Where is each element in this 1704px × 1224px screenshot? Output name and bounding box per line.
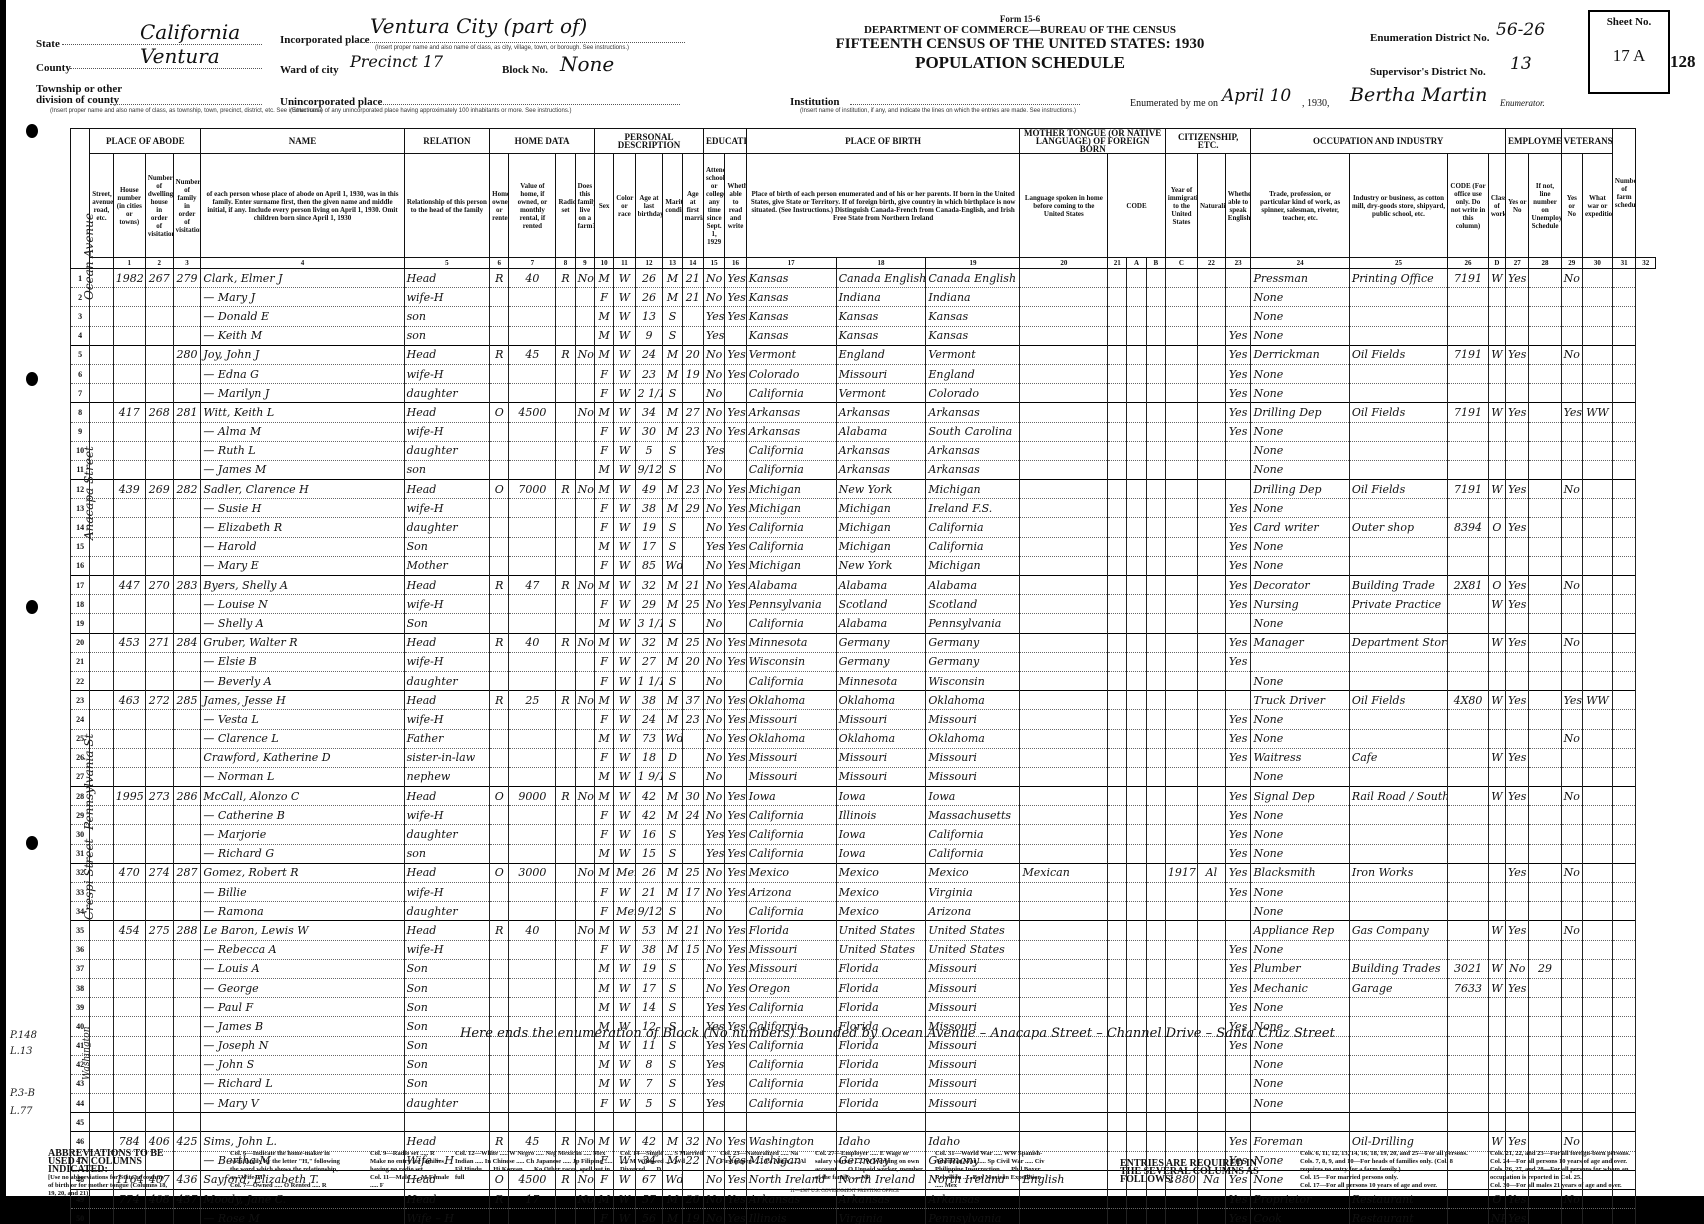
cell-vet: No [1561, 269, 1582, 288]
cell--b [1127, 691, 1146, 710]
cell-house [113, 978, 145, 997]
cell-family: 437 [173, 1190, 201, 1209]
cell-english: Yes [1225, 499, 1251, 518]
cell--b [1127, 940, 1146, 959]
cell-value [509, 1209, 556, 1224]
cell-value [509, 537, 556, 556]
street-label-ocean-avenue: Ocean Avenue [82, 213, 96, 300]
cell-occupation: Drilling Dep [1251, 403, 1349, 422]
table-row: 11— James MsonMW9/12SNoCaliforniaArkansa… [71, 460, 1656, 479]
cell-dwelling [145, 671, 173, 690]
form-number: Form 15-6 [820, 14, 1220, 24]
cell-age: 21 [635, 883, 663, 902]
cell--a [1108, 460, 1127, 479]
cell-cls [1488, 652, 1505, 671]
cell-english [1225, 288, 1251, 307]
cell-father-birth: Arkansas [836, 460, 926, 479]
cell-farm: No [575, 480, 594, 499]
cell-dwelling [145, 1055, 173, 1074]
cell-marital: S [663, 1094, 682, 1113]
cell-race: W [614, 787, 635, 806]
cell--a [1108, 652, 1127, 671]
cell-occupation: Foreman [1251, 1132, 1349, 1151]
cell-father-birth: Vermont [836, 384, 926, 403]
cell-relation: wife-H [404, 364, 490, 383]
cell-relation: Son [404, 537, 490, 556]
cell-read: Yes [725, 556, 746, 575]
cell-farmsch [1612, 921, 1636, 940]
cell-cls [1488, 326, 1505, 345]
cell-house [113, 729, 145, 748]
table-row: 22— Beverly AdaughterFW1 1/12SNoCaliforn… [71, 671, 1656, 690]
cell-father-birth: Kansas [836, 326, 926, 345]
cell-language [1020, 1132, 1108, 1151]
cell-value [509, 326, 556, 345]
cell-age-marriage [682, 1094, 703, 1113]
cell-occupation: Appliance Rep [1251, 921, 1349, 940]
cell-dwelling [145, 652, 173, 671]
cell-natz [1197, 518, 1225, 537]
age-header: Age at last birthday [635, 154, 663, 258]
cell-relation: wife-H [404, 806, 490, 825]
cell-read [725, 671, 746, 690]
cell-family [173, 671, 201, 690]
cell-value [509, 441, 556, 460]
cell-industry [1349, 1113, 1447, 1132]
cell-farm [575, 307, 594, 326]
cell-relation: Head [404, 480, 490, 499]
cell-read: Yes [725, 537, 746, 556]
cell-mother-birth: Alabama [926, 576, 1020, 595]
cell-war [1582, 345, 1612, 364]
birth-desc-header: Place of birth of each person enumerated… [746, 154, 1020, 258]
cell--b [1127, 671, 1146, 690]
footer-col31: Col. 31—World War ..... WW Spanish-Ameri… [935, 1150, 1045, 1190]
cell-relation: son [404, 844, 490, 863]
cell-birth: California [746, 844, 836, 863]
enumerator-name: Bertha Martin [1350, 84, 1487, 106]
table-row: 2— Mary Jwife-HFW26M21NoYesKansasIndiana… [71, 288, 1656, 307]
cell-family: 282 [173, 480, 201, 499]
cell-age: 1 9/12 [635, 767, 663, 786]
line-number: 7 [71, 384, 90, 403]
cell-family [173, 729, 201, 748]
cell-father-birth: Florida [836, 998, 926, 1017]
column-number: 11 [614, 258, 635, 269]
cell-natz [1197, 767, 1225, 786]
cell--a [1108, 480, 1127, 499]
table-row: 18— Louise Nwife-HFW29M25NoYesPennsylvan… [71, 595, 1656, 614]
cell-marital: M [663, 863, 682, 882]
cell-dwelling [145, 1113, 173, 1132]
cell-english [1225, 1094, 1251, 1113]
cell--c [1146, 403, 1165, 422]
cell-value [509, 940, 556, 959]
table-row: 23463272285James, Jesse HHeadR25RNoMW38M… [71, 691, 1656, 710]
cell-family [173, 595, 201, 614]
cell-name: — Mary E [201, 556, 404, 575]
cell-farmsch [1612, 345, 1636, 364]
cell-vet [1561, 1074, 1582, 1093]
cell--a [1108, 326, 1127, 345]
cell-age-marriage: 15 [682, 940, 703, 959]
cell-age-marriage [682, 959, 703, 978]
cell-vet [1561, 307, 1582, 326]
cell-code: 7191 [1448, 269, 1489, 288]
table-row: 13— Susie Hwife-HFW38M29NoYesMichiganMic… [71, 499, 1656, 518]
cell-english: Yes [1225, 998, 1251, 1017]
cell-occupation: Nursing [1251, 595, 1349, 614]
cell-father-birth: Michigan [836, 499, 926, 518]
cell-industry: Rail Road / Southern Pacific [1349, 787, 1447, 806]
street-label-pennsylvania: Pennsylvania St [82, 734, 96, 830]
cell-unemp [1529, 288, 1561, 307]
cell-read [725, 1055, 746, 1074]
table-row: 8417268281Witt, Keith LHeadO4500NoMW34M2… [71, 403, 1656, 422]
cell-owned [490, 1113, 509, 1132]
cell-farm: No [575, 576, 594, 595]
unincorporated-label: Unincorporated place [280, 96, 382, 108]
cell-marital: M [663, 710, 682, 729]
cell-owned [490, 499, 509, 518]
cell-read [725, 1074, 746, 1093]
cell-work [1505, 499, 1529, 518]
cell-war [1582, 729, 1612, 748]
cell-vet: No [1561, 480, 1582, 499]
cell-radio [556, 806, 575, 825]
cell-language [1020, 978, 1108, 997]
cell-farmsch [1612, 537, 1636, 556]
cell-natz [1197, 269, 1225, 288]
cell-age: 5 [635, 1094, 663, 1113]
cell-school: Yes [703, 825, 724, 844]
cell-name: — Rose M [201, 1209, 404, 1224]
cell-farmsch [1612, 1132, 1636, 1151]
cell-natz [1197, 307, 1225, 326]
cell-immig [1165, 691, 1197, 710]
cell-farmsch [1612, 652, 1636, 671]
war-header: What war or expedition? [1582, 154, 1612, 258]
cell-immig [1165, 614, 1197, 633]
cell-farmsch [1612, 326, 1636, 345]
cell-vet [1561, 806, 1582, 825]
cell-unemp [1529, 345, 1561, 364]
cell-father-birth: United States [836, 940, 926, 959]
cell-occupation: None [1251, 460, 1349, 479]
cell-family [173, 556, 201, 575]
cell-name: — George [201, 978, 404, 997]
cell-immig [1165, 806, 1197, 825]
cell-house [113, 940, 145, 959]
cell-sex: F [594, 595, 613, 614]
cell-value [509, 307, 556, 326]
line-number: 8 [71, 403, 90, 422]
cell-age: 38 [635, 940, 663, 959]
cell-dwelling [145, 767, 173, 786]
cell-sex: F [594, 825, 613, 844]
cell-age: 1 1/12 [635, 671, 663, 690]
cell-natz [1197, 288, 1225, 307]
cell-radio: R [556, 1132, 575, 1151]
table-row: 36— Rebecca Awife-HFW38M15NoYesMissouriU… [71, 940, 1656, 959]
cell-sex: M [594, 921, 613, 940]
footer-col6-text: Col. 6—Indicate the home-maker in each f… [230, 1150, 340, 1182]
cell-race: W [614, 1132, 635, 1151]
cell-name: — Richard L [201, 1074, 404, 1093]
entries-block-2: Cols. 21, 22, and 23—For all foreign-bor… [1490, 1150, 1660, 1190]
cell-name: Gruber, Walter R [201, 633, 404, 652]
cell-unemp [1529, 748, 1561, 767]
cell-owned [490, 1209, 509, 1224]
cell--a [1108, 384, 1127, 403]
cell--a [1108, 863, 1127, 882]
cell-english: Yes [1225, 518, 1251, 537]
cell-unemp [1529, 633, 1561, 652]
cell-farm [575, 959, 594, 978]
cell-code: 7191 [1448, 345, 1489, 364]
cell-value [509, 729, 556, 748]
cell-relation: wife-H [404, 288, 490, 307]
cell-english: Yes [1225, 806, 1251, 825]
cell-occupation: None [1251, 883, 1349, 902]
cell--a [1108, 1074, 1127, 1093]
cell-read: Yes [725, 576, 746, 595]
footer-col6: Col. 6—Indicate the home-maker in each f… [230, 1150, 340, 1190]
cell-war [1582, 921, 1612, 940]
cell-street [90, 576, 114, 595]
cell-farm: No [575, 633, 594, 652]
cell-occupation: Signal Dep [1251, 787, 1349, 806]
cell-industry: Iron Works [1349, 863, 1447, 882]
cell-family [173, 326, 201, 345]
cell-mother-birth: Ireland F.S. [926, 499, 1020, 518]
cell-father-birth: Alabama [836, 576, 926, 595]
cell-owned [490, 825, 509, 844]
cell-birth: Missouri [746, 959, 836, 978]
cell-marital: S [663, 441, 682, 460]
cell-birth: Kansas [746, 326, 836, 345]
cell-farm [575, 614, 594, 633]
cell-immig [1165, 883, 1197, 902]
cell-owned [490, 537, 509, 556]
cell-unemp [1529, 537, 1561, 556]
cell-cls: NP [1488, 1209, 1505, 1224]
cell-father-birth: Oklahoma [836, 691, 926, 710]
line-number: 44 [71, 1094, 90, 1113]
cell--a [1108, 883, 1127, 902]
cell-english: Yes [1225, 940, 1251, 959]
cell-owned [490, 307, 509, 326]
cell-war [1582, 556, 1612, 575]
cell-read [725, 902, 746, 921]
cell-natz [1197, 422, 1225, 441]
cell-code [1448, 998, 1489, 1017]
cell-work: No [1505, 959, 1529, 978]
table-row: 27— Norman LnephewMW1 9/12SNoMissouriMis… [71, 767, 1656, 786]
cell-dwelling [145, 1094, 173, 1113]
cell-age-marriage: 19 [682, 364, 703, 383]
cell-mother-birth: Kansas [926, 307, 1020, 326]
table-row: 45 [71, 1113, 1656, 1132]
cell-street [90, 652, 114, 671]
cell-relation: Head [404, 269, 490, 288]
cell-family [173, 710, 201, 729]
cell-code [1448, 1190, 1489, 1209]
cell-mother-birth: Massachusetts [926, 806, 1020, 825]
cell-dwelling: 269 [145, 480, 173, 499]
cell--c [1146, 576, 1165, 595]
cell-owned: R [490, 1132, 509, 1151]
cell-value [509, 1094, 556, 1113]
cell-code [1448, 422, 1489, 441]
cell-school: No [703, 364, 724, 383]
cell-family: 281 [173, 403, 201, 422]
cell-language [1020, 691, 1108, 710]
cell-school: No [703, 921, 724, 940]
column-number: 23 [1225, 258, 1251, 269]
cell-occupation: Proprietor [1251, 1190, 1349, 1209]
cell-language [1020, 1055, 1108, 1074]
cell-street [90, 1094, 114, 1113]
cell-code [1448, 614, 1489, 633]
cell-sex: F [594, 288, 613, 307]
cell-marital: S [663, 671, 682, 690]
cell-work: Yes [1505, 595, 1529, 614]
line-number: 20 [71, 633, 90, 652]
cell-work: Yes [1505, 921, 1529, 940]
cell-industry: Oil-Drilling [1349, 1132, 1447, 1151]
cell-father-birth: Virginia [836, 1209, 926, 1224]
cell-race: W [614, 288, 635, 307]
table-row: 50— Rose MWife – HFW56M19NoYesIllinoisVi… [71, 1209, 1656, 1224]
cell-school: No [703, 978, 724, 997]
sheet-value: 17 A [1590, 46, 1668, 66]
cell-school: No [703, 729, 724, 748]
mother-tongue-header: MOTHER TONGUE (OR NATIVE LANGUAGE) OF FO… [1020, 129, 1165, 154]
cell-age: 8 [635, 1055, 663, 1074]
column-number: 29 [1561, 258, 1582, 269]
cell-birth: Oregon [746, 978, 836, 997]
cell-radio [556, 825, 575, 844]
cell-occupation: None [1251, 422, 1349, 441]
cell-english: Yes [1225, 729, 1251, 748]
supervisor-district-label: Supervisor's District No. [1370, 66, 1486, 78]
cell-value [509, 671, 556, 690]
cell-immig [1165, 1190, 1197, 1209]
cell-marital: M [663, 921, 682, 940]
cell-family: 287 [173, 863, 201, 882]
cell-value [509, 614, 556, 633]
cell-farmsch [1612, 710, 1636, 729]
cell-marital: M [663, 1132, 682, 1151]
cell-code [1448, 1074, 1489, 1093]
cell-race: W [614, 652, 635, 671]
cell--c [1146, 710, 1165, 729]
cell-name [201, 1113, 404, 1132]
cell-war [1582, 595, 1612, 614]
sheet-number-box: Sheet No. 17 A [1588, 10, 1670, 94]
value-header: Value of home, if owned, or monthly rent… [509, 154, 556, 258]
cell-industry [1349, 902, 1447, 921]
line-number: 37 [71, 959, 90, 978]
cell-sex: F [594, 384, 613, 403]
cell-farmsch [1612, 1094, 1636, 1113]
cell-natz [1197, 1074, 1225, 1093]
cell-name: — Elizabeth R [201, 518, 404, 537]
cell-immig [1165, 441, 1197, 460]
cell-farmsch [1612, 576, 1636, 595]
cell-race: W [614, 671, 635, 690]
veteran-header: Yes or No [1561, 154, 1582, 258]
cell-industry: Oil Fields [1349, 345, 1447, 364]
cell-age-marriage: 17 [682, 883, 703, 902]
cell-farmsch [1612, 307, 1636, 326]
cell--c [1146, 326, 1165, 345]
name-header: NAME [201, 129, 404, 154]
cell-cls: W [1488, 480, 1505, 499]
cell-street [90, 1113, 114, 1132]
cell-farmsch [1612, 1055, 1636, 1074]
cell-occupation: None [1251, 806, 1349, 825]
cell-race: W [614, 595, 635, 614]
cell-age-marriage [682, 767, 703, 786]
cell-cls [1488, 537, 1505, 556]
column-number: 15 [703, 258, 724, 269]
cell-relation [404, 1113, 490, 1132]
cell-marital: S [663, 326, 682, 345]
cell-name: — James M [201, 460, 404, 479]
place-of-birth-header: PLACE OF BIRTH [746, 129, 1020, 154]
cell-mother-birth: Arkansas [926, 460, 1020, 479]
cell-war [1582, 518, 1612, 537]
cell-work: Yes [1505, 1209, 1529, 1224]
cell--a [1108, 978, 1127, 997]
cell-owned [490, 710, 509, 729]
cell-owned [490, 883, 509, 902]
cell-family: 284 [173, 633, 201, 652]
cell-relation: Head [404, 403, 490, 422]
cell-marital: Wd [663, 556, 682, 575]
cell-mother-birth: Missouri [926, 1094, 1020, 1113]
cell-mother-birth: Idaho [926, 1132, 1020, 1151]
cell--a [1108, 844, 1127, 863]
cell-vet [1561, 671, 1582, 690]
cell-mother-birth: Michigan [926, 480, 1020, 499]
cell-mother-birth: Scotland [926, 595, 1020, 614]
cell-war [1582, 806, 1612, 825]
cell-name: — Billie [201, 883, 404, 902]
cell-name: — Joseph N [201, 1036, 404, 1055]
cell-farm [575, 1209, 594, 1224]
cell-school: Yes [703, 537, 724, 556]
cell-mother-birth: California [926, 537, 1020, 556]
cell-industry [1349, 729, 1447, 748]
cell-cls [1488, 863, 1505, 882]
cell-natz [1197, 480, 1225, 499]
cell-age: 26 [635, 863, 663, 882]
cell--c [1146, 1190, 1165, 1209]
cell-war [1582, 959, 1612, 978]
cell-value [509, 883, 556, 902]
cell-vet: No [1561, 863, 1582, 882]
cell--c [1146, 1074, 1165, 1093]
cell-read: Yes [725, 652, 746, 671]
block-value: None [560, 52, 614, 76]
cell-immig [1165, 537, 1197, 556]
cell--c [1146, 364, 1165, 383]
cell--c [1146, 729, 1165, 748]
line-number: 16 [71, 556, 90, 575]
